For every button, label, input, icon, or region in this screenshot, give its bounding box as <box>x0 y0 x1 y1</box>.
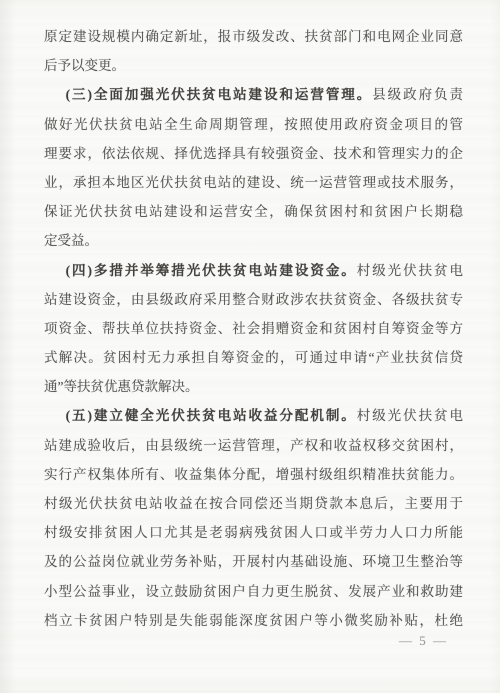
text-line: 村级安排贫困人口尤其是老弱病残贫困人口或半劳力人口力所能 <box>44 518 463 547</box>
line-text: 村级光伏扶贫电站收益在按合同偿还当期贷款本息后，主要用于 <box>44 496 463 511</box>
text-line: 式解决。贫困村无力承担自筹资金的，可通过申请“产业扶贫信贷 <box>44 343 463 372</box>
text-line: (四)多措并举筹措光伏扶贫电站建设资金。村级光伏扶贫电 <box>44 256 463 285</box>
line-text: 村级光伏扶贫电 <box>357 408 463 423</box>
line-text: 后予以变更。 <box>44 58 125 73</box>
text-line: 实行产权集体所有、收益集体分配，增强村级组织精准扶贫能力。 <box>44 460 463 489</box>
line-text: 县级政府负责 <box>372 87 463 102</box>
line-text: 实行产权集体所有、收益集体分配，增强村级组织精准扶贫能力。 <box>44 467 463 482</box>
line-text: 业，承担本地区光伏扶贫电站的建设、统一运营管理或技术服务， <box>44 175 463 190</box>
section-heading-3: (三)全面加强光伏扶贫电站建设和运营管理。 <box>66 87 373 102</box>
text-line: 站建成验收后，由县级统一运营管理，产权和收益权移交贫困村， <box>44 431 463 460</box>
text-line: (三)全面加强光伏扶贫电站建设和运营管理。县级政府负责 <box>44 80 463 109</box>
section-heading-4: (四)多措并举筹措光伏扶贫电站建设资金。 <box>66 263 357 278</box>
text-line: 项资金、帮扶单位扶持资金、社会捐赠资金和贫困村自筹资金等方 <box>44 314 463 343</box>
page-number: — 5 — <box>399 633 448 649</box>
text-line: 后予以变更。 <box>44 51 463 80</box>
text-line: 小型公益事业，设立鼓励贫困户自力更生脱贫、发展产业和救助建 <box>44 577 463 606</box>
line-text: 及的公益岗位就业劳务补贴，开展村内基础设施、环境卫生整治等 <box>44 554 463 569</box>
text-line: 通”等扶贫优惠贷款解决。 <box>44 372 463 401</box>
line-text: 档立卡贫困户特别是失能弱能深度贫困户等小微奖励补贴，杜绝 <box>44 613 463 628</box>
line-text: 站建设资金，由县级政府采用整合财政涉农扶贫资金、各级扶贫专 <box>44 292 463 307</box>
line-text: 理要求，依法依规、择优选择具有较强资金、技术和管理实力的企 <box>44 146 463 161</box>
text-line: (五)建立健全光伏扶贫电站收益分配机制。村级光伏扶贫电 <box>44 401 463 430</box>
line-text: 式解决。贫困村无力承担自筹资金的，可通过申请“产业扶贫信贷 <box>44 350 463 365</box>
line-text: 站建成验收后，由县级统一运营管理，产权和收益权移交贫困村， <box>44 438 463 453</box>
section-heading-5: (五)建立健全光伏扶贫电站收益分配机制。 <box>66 408 357 423</box>
text-line: 业，承担本地区光伏扶贫电站的建设、统一运营管理或技术服务， <box>44 168 463 197</box>
scanned-document-page: 原定建设规模内确定新址，报市级发改、扶贫部门和电网企业同意 后予以变更。 (三)… <box>0 0 500 693</box>
text-line: 定受益。 <box>44 226 463 255</box>
text-line: 做好光伏扶贫电站全生命周期管理，按照使用政府资金项目的管 <box>44 110 463 139</box>
line-text: 原定建设规模内确定新址，报市级发改、扶贫部门和电网企业同意 <box>44 29 463 44</box>
text-line: 站建设资金，由县级政府采用整合财政涉农扶贫资金、各级扶贫专 <box>44 285 463 314</box>
line-text: 小型公益事业，设立鼓励贫困户自力更生脱贫、发展产业和救助建 <box>44 584 463 599</box>
text-line: 理要求，依法依规、择优选择具有较强资金、技术和管理实力的企 <box>44 139 463 168</box>
line-text: 项资金、帮扶单位扶持资金、社会捐赠资金和贫困村自筹资金等方 <box>44 321 463 336</box>
line-text: 保证光伏扶贫电站建设和运营安全，确保贫困村和贫困户长期稳 <box>44 204 463 219</box>
text-line: 村级光伏扶贫电站收益在按合同偿还当期贷款本息后，主要用于 <box>44 489 463 518</box>
line-text: 村级光伏扶贫电 <box>357 263 463 278</box>
document-body-text: 原定建设规模内确定新址，报市级发改、扶贫部门和电网企业同意 后予以变更。 (三)… <box>44 22 463 635</box>
line-text: 做好光伏扶贫电站全生命周期管理，按照使用政府资金项目的管 <box>44 117 463 132</box>
text-line: 档立卡贫困户特别是失能弱能深度贫困户等小微奖励补贴，杜绝 <box>44 606 463 635</box>
text-line: 及的公益岗位就业劳务补贴，开展村内基础设施、环境卫生整治等 <box>44 547 463 576</box>
text-line: 原定建设规模内确定新址，报市级发改、扶贫部门和电网企业同意 <box>44 22 463 51</box>
line-text: 定受益。 <box>44 233 98 248</box>
line-text: 村级安排贫困人口尤其是老弱病残贫困人口或半劳力人口力所能 <box>44 525 463 540</box>
text-line: 保证光伏扶贫电站建设和运营安全，确保贫困村和贫困户长期稳 <box>44 197 463 226</box>
line-text: 通”等扶贫优惠贷款解决。 <box>44 379 199 394</box>
